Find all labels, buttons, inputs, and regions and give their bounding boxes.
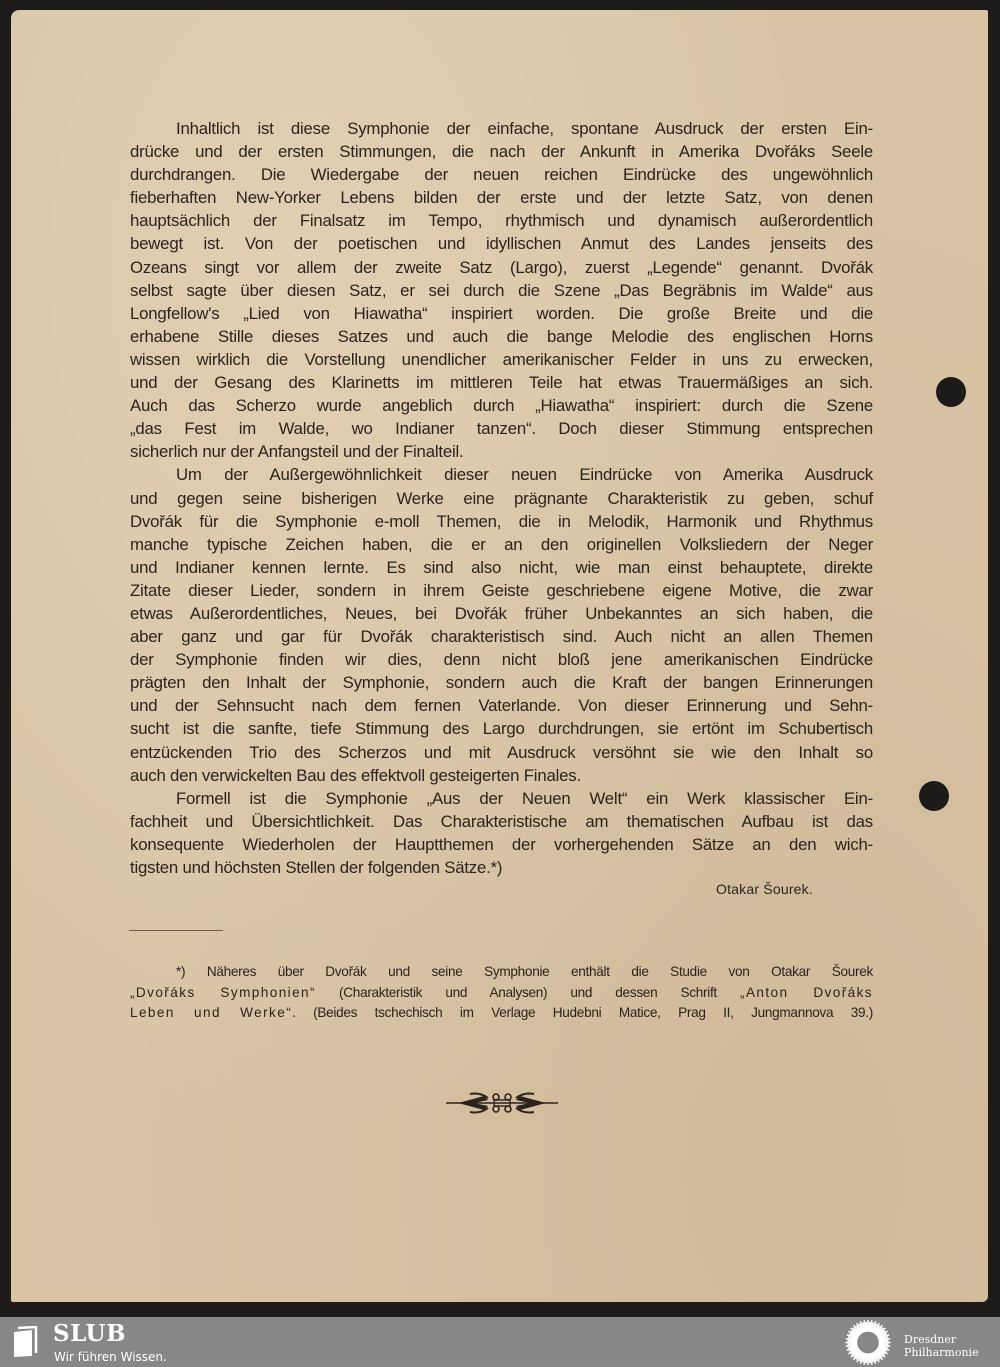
footnote-text: (Charakteristik und Analysen) und dessen… [316, 985, 740, 1000]
paragraph-2: Um der Außergewöhnlichkeit dieser neuen … [130, 463, 873, 786]
dresdner-philharmonie-logo-icon[interactable] [843, 1318, 893, 1367]
footnote-text: . (Beides tschechisch im Verlage Hudebni… [292, 1005, 873, 1020]
dresdner-philharmonie-brand[interactable]: Dresdner Philharmonie [904, 1333, 979, 1359]
text-line: „das Fest im Walde, wo Indianer tanzen“.… [130, 417, 873, 440]
book-title: „Dvořáks Symphonien“ [130, 985, 316, 1000]
text-line: hauptsächlich der Finalsatz im Tempo, rh… [130, 209, 873, 232]
book-title: Leben und Werke“ [130, 1005, 292, 1020]
text-line: konsequente Wiederholen der Hauptthemen … [130, 833, 873, 856]
text-line: manche typische Zeichen haben, die er an… [130, 533, 873, 556]
footnote: *) Näheres über Dvořák und seine Symphon… [130, 962, 873, 1024]
text-line: durchdrangen. Die Wiedergabe der neuen r… [130, 163, 873, 186]
footnote-line: Leben und Werke“. (Beides tschechisch im… [130, 1003, 873, 1024]
footnote-divider [129, 930, 223, 931]
text-line: Auch das Scherzo wurde angeblich durch „… [130, 394, 873, 417]
brand-line: Dresdner [904, 1333, 979, 1346]
text-line: Dvořák für die Symphonie e-moll Themen, … [130, 510, 873, 533]
text-line: erhabene Stille dieses Satzes und auch d… [130, 325, 873, 348]
footnote-line: *) Näheres über Dvořák und seine Symphon… [130, 962, 873, 983]
text-line: und der Gesang des Klarinetts im mittler… [130, 371, 873, 394]
paragraph-3: Formell ist die Symphonie „Aus der Neuen… [130, 787, 873, 879]
text-line: selbst sagte über diesen Satz, er sei du… [130, 279, 873, 302]
punch-hole [919, 781, 949, 811]
text-line: auch den verwickelten Bau des effektvoll… [130, 764, 873, 787]
text-line: fieberhaften New-Yorker Lebens bilden de… [130, 186, 873, 209]
text-line: Um der Außergewöhnlichkeit dieser neuen … [130, 463, 873, 486]
text-line: Ozeans singt vor allem der zweite Satz (… [130, 256, 873, 279]
text-line: aber ganz und gar für Dvořák charakteris… [130, 625, 873, 648]
text-line: fachheit und Übersichtlichkeit. Das Char… [130, 810, 873, 833]
text-line: Longfellow's „Lied von Hiawatha“ inspiri… [130, 302, 873, 325]
text-line: Zitate dieser Lieder, sondern in ihrem G… [130, 579, 873, 602]
slub-tagline: Wir führen Wissen. [54, 1350, 167, 1364]
text-line: etwas Außerordentliches, Neues, bei Dvoř… [130, 602, 873, 625]
text-line: bewegt ist. Von der poetischen und idyll… [130, 232, 873, 255]
brand-line: Philharmonie [904, 1346, 979, 1359]
ornament-icon [444, 1088, 560, 1118]
text-line: entzückenden Trio des Scherzos und mit A… [130, 741, 873, 764]
punch-hole [936, 377, 966, 407]
text-line: drücke und der ersten Stimmungen, die na… [130, 140, 873, 163]
footnote-line: „Dvořáks Symphonien“ (Charakteristik und… [130, 983, 873, 1004]
text-line: und Indianer kennen lernte. Es sind also… [130, 556, 873, 579]
text-line: prägten den Inhalt der Symphonie, sonder… [130, 671, 873, 694]
slub-brand[interactable]: SLUB [53, 1320, 126, 1347]
paragraph-1: Inhaltlich ist diese Symphonie der einfa… [130, 117, 873, 463]
text-line: und gegen seine bisherigen Werke eine pr… [130, 487, 873, 510]
text-line: der Symphonie finden wir dies, denn nich… [130, 648, 873, 671]
text-line: sicherlich nur der Anfangsteil und der F… [130, 440, 873, 463]
slub-logo-icon[interactable] [12, 1326, 42, 1358]
text-line: sucht ist die sanfte, tiefe Stimmung des… [130, 717, 873, 740]
body-text: Inhaltlich ist diese Symphonie der einfa… [130, 117, 873, 879]
text-line: und der Sehnsucht nach dem fernen Vaterl… [130, 694, 873, 717]
text-line: wissen wirklich die Vorstellung unendlic… [130, 348, 873, 371]
text-line: Formell ist die Symphonie „Aus der Neuen… [130, 787, 873, 810]
book-title: „Anton Dvořáks [740, 985, 873, 1000]
text-line: tigsten und höchsten Stellen der folgend… [130, 856, 873, 879]
text-line: Inhaltlich ist diese Symphonie der einfa… [130, 117, 873, 140]
author-signature: Otakar Šourek. [716, 881, 813, 897]
